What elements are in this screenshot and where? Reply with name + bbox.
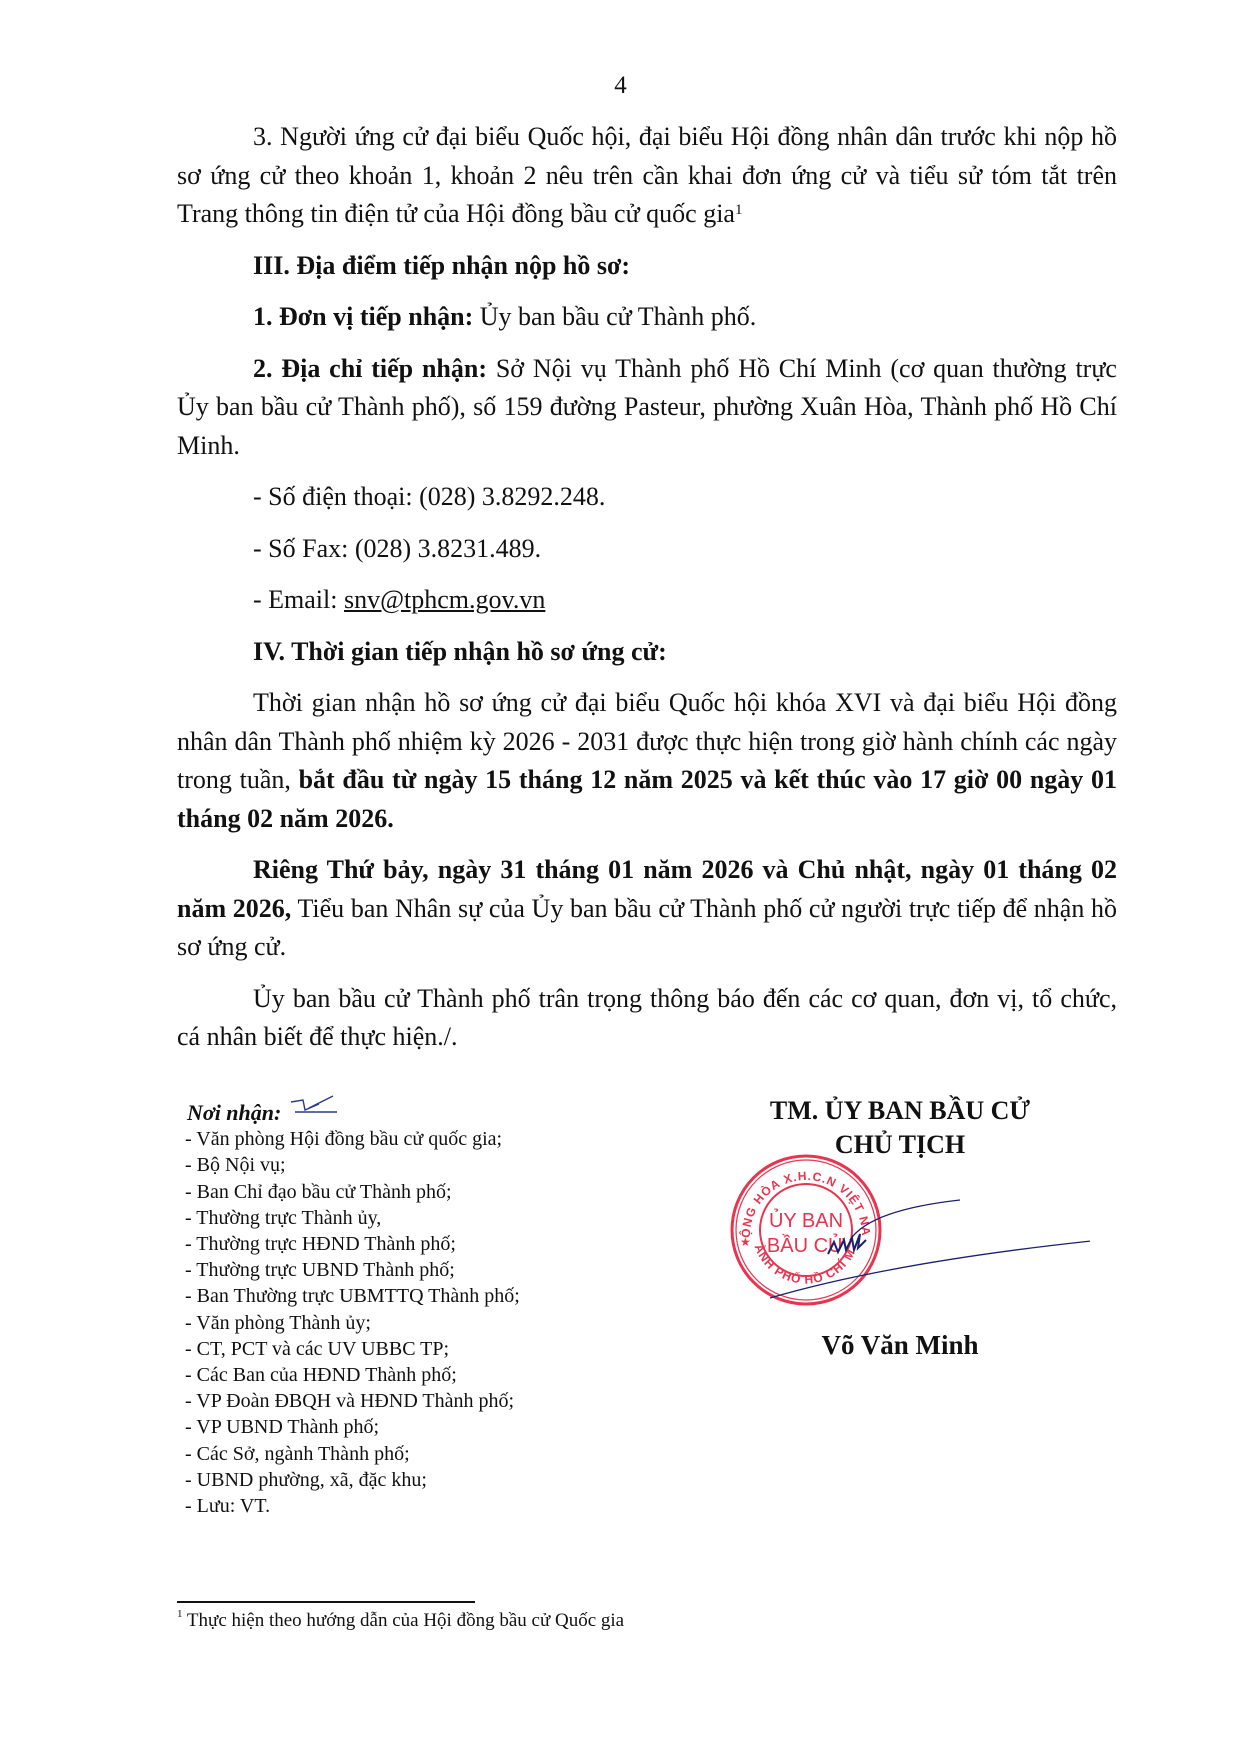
time-paragraph: Thời gian nhận hồ sơ ứng cử đại biểu Quố… bbox=[177, 684, 1117, 838]
recipient-item: - UBND phường, xã, đặc khu; bbox=[185, 1467, 520, 1493]
receiving-unit-label: 1. Đơn vị tiếp nhận: bbox=[253, 302, 473, 331]
recipient-item: - Ban Chỉ đạo bầu cử Thành phố; bbox=[185, 1179, 520, 1205]
paragraph-3-text: 3. Người ứng cử đại biểu Quốc hội, đại b… bbox=[177, 122, 1117, 228]
receiving-address: 2. Địa chỉ tiếp nhận: Sở Nội vụ Thành ph… bbox=[177, 350, 1117, 466]
recipient-item: - Các Ban của HĐND Thành phố; bbox=[185, 1362, 520, 1388]
recipient-item: - Ban Thường trực UBMTTQ Thành phố; bbox=[185, 1283, 520, 1309]
page-number: 4 bbox=[0, 72, 1241, 100]
recipient-item: - Văn phòng Thành ủy; bbox=[185, 1310, 520, 1336]
recipient-item: - Lưu: VT. bbox=[185, 1493, 520, 1519]
signer-name: Võ Văn Minh bbox=[730, 1330, 1070, 1361]
signature-org-line: TM. ỦY BAN BẦU CỬ bbox=[730, 1094, 1070, 1128]
recipient-item: - VP Đoàn ĐBQH và HĐND Thành phố; bbox=[185, 1388, 520, 1414]
recipient-item: - Bộ Nội vụ; bbox=[185, 1152, 520, 1178]
initial-mark-icon bbox=[289, 1094, 349, 1116]
email-label: - Email: bbox=[253, 585, 344, 614]
recipient-item: - Thường trực UBND Thành phố; bbox=[185, 1257, 520, 1283]
receiving-unit: 1. Đơn vị tiếp nhận: Ủy ban bầu cử Thành… bbox=[177, 298, 1117, 337]
footnote-ref[interactable]: 1 bbox=[735, 202, 743, 218]
email-line: - Email: snv@tphcm.gov.vn bbox=[177, 581, 1117, 620]
receiving-unit-value: Ủy ban bầu cử Thành phố. bbox=[473, 302, 756, 331]
footnote-text: Thực hiện theo hướng dẫn của Hội đồng bầ… bbox=[187, 1610, 624, 1631]
paragraph-3: 3. Người ứng cử đại biểu Quốc hội, đại b… bbox=[177, 118, 1117, 234]
time-bold-text: bắt đầu từ ngày 15 tháng 12 năm 2025 và … bbox=[177, 765, 1117, 833]
weekend-normal-text: Tiểu ban Nhân sự của Ủy ban bầu cử Thành… bbox=[177, 894, 1117, 962]
closing-paragraph: Ủy ban bầu cử Thành phố trân trọng thông… bbox=[177, 980, 1117, 1057]
recipient-item: - CT, PCT và các UV UBBC TP; bbox=[185, 1336, 520, 1362]
footnote-divider bbox=[177, 1601, 475, 1603]
email-link[interactable]: snv@tphcm.gov.vn bbox=[344, 585, 545, 614]
recipient-item: - VP UBND Thành phố; bbox=[185, 1414, 520, 1440]
phone-line: - Số điện thoại: (028) 3.8292.248. bbox=[177, 478, 1117, 517]
section-3-heading: III. Địa điểm tiếp nhận nộp hồ sơ: bbox=[177, 247, 1117, 286]
recipient-item: - Thường trực Thành ủy, bbox=[185, 1205, 520, 1231]
document-body: 3. Người ứng cử đại biểu Quốc hội, đại b… bbox=[177, 118, 1117, 1070]
recipient-item: - Thường trực HĐND Thành phố; bbox=[185, 1231, 520, 1257]
footnote-number: 1 bbox=[177, 1608, 183, 1620]
receiving-address-label: 2. Địa chỉ tiếp nhận: bbox=[253, 354, 487, 383]
recipients-block: Nơi nhận: - Văn phòng Hội đồng bầu cử qu… bbox=[185, 1100, 520, 1519]
section-4-heading: IV. Thời gian tiếp nhận hồ sơ ứng cử: bbox=[177, 633, 1117, 672]
weekend-paragraph: Riêng Thứ bảy, ngày 31 tháng 01 năm 2026… bbox=[177, 851, 1117, 967]
recipients-title-text: Nơi nhận: bbox=[187, 1100, 281, 1125]
fax-line: - Số Fax: (028) 3.8231.489. bbox=[177, 530, 1117, 569]
recipient-item: - Văn phòng Hội đồng bầu cử quốc gia; bbox=[185, 1126, 520, 1152]
recipient-item: - Các Sở, ngành Thành phố; bbox=[185, 1441, 520, 1467]
handwritten-signature-icon bbox=[750, 1180, 1090, 1310]
recipients-title: Nơi nhận: bbox=[187, 1100, 520, 1126]
footnote: 1 Thực hiện theo hướng dẫn của Hội đồng … bbox=[177, 1610, 624, 1632]
